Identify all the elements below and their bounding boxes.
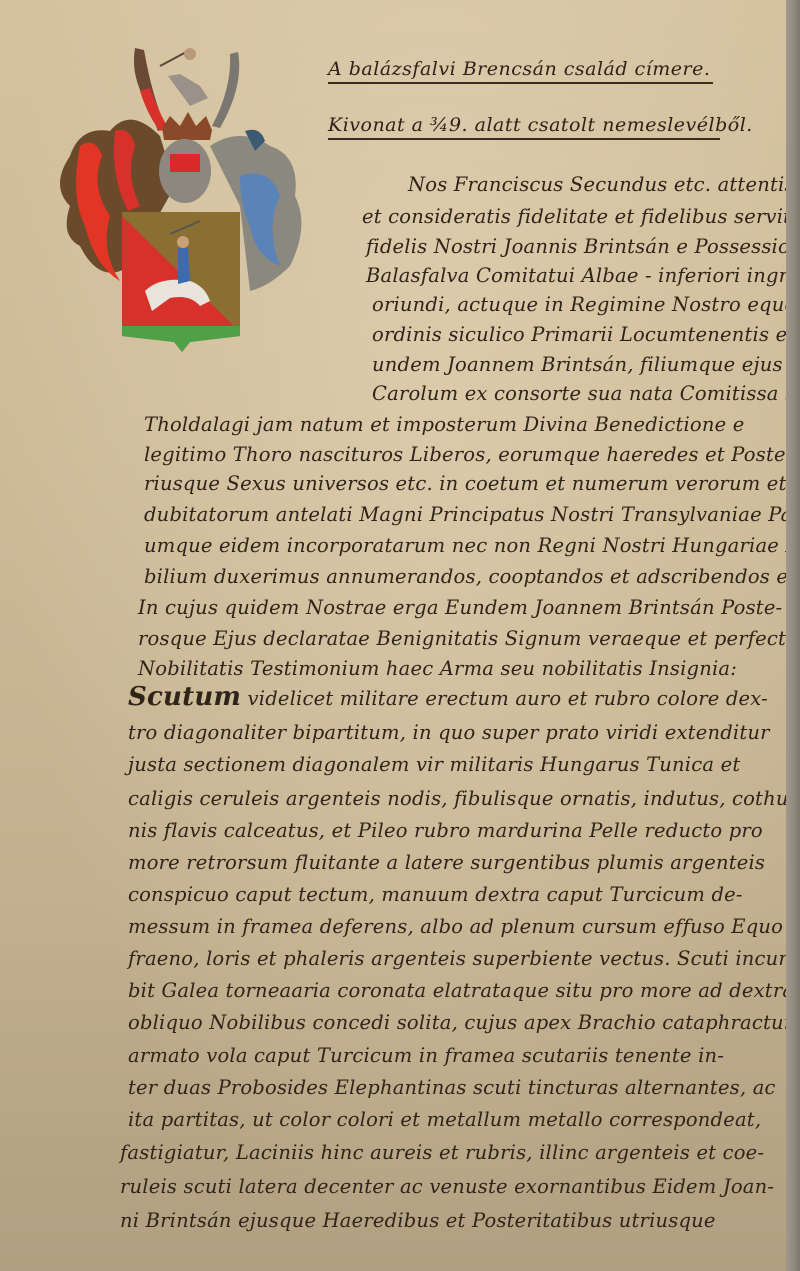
text-line: fraeno, loris et phaleris argenteis supe… [128,946,800,972]
text-line: caligis ceruleis argenteis nodis, fibuli… [128,786,800,812]
text-line: ruleis scuti latera decenter ac venuste … [120,1174,774,1200]
text-line: rosque Ejus declaratae Benignitatis Sign… [138,626,800,652]
document-subheading: Kivonat a ¾9. alatt csatolt nemeslevélbő… [328,114,720,140]
text-line: legitimo Thoro nascituros Liberos, eorum… [144,442,800,468]
text-line: bit Galea torneaaria coronata elatrataqu… [128,978,800,1004]
text-line: riusque Sexus universos etc. in coetum e… [144,471,800,497]
text-line: messum in framea deferens, albo ad plenu… [128,914,783,940]
text-line: undem Joannem Brintsán, filiumque ejus [372,352,783,378]
text-line: Balasfalva Comitatui Albae - inferiori i… [366,263,800,289]
text-line: umque eidem incorporatarum nec non Regni… [144,533,800,559]
text-line: oriundi, actuque in Regimine Nostro eque… [372,292,800,318]
text-line: Carolum ex consorte sua nata Comitissa S… [372,381,800,407]
text-line: more retrorsum fluitante a latere surgen… [128,850,765,876]
text-line: ita partitas, ut color colori et metallu… [128,1107,761,1133]
book-binding-edge [786,0,800,1271]
text-line: ni Brintsán ejusque Haeredibus et Poster… [120,1208,716,1234]
text-line: dubitatorum antelati Magni Principatus N… [144,502,800,528]
text-line-remainder: videlicet militare erectum auro et rubro… [248,687,768,710]
text-line: bilium duxerimus annumerandos, cooptando… [144,564,800,590]
manuscript-page: A balázsfalvi Brencsán család címere. Ki… [0,0,786,1271]
text-line: justa sectionem diagonalem vir militaris… [128,752,740,778]
text-line: ter duas Probosides Elephantinas scuti t… [128,1075,776,1101]
text-line: et consideratis fidelitate et fidelibus … [362,204,800,230]
text-line: Nos Franciscus Secundus etc. attentis [408,172,795,198]
text-line: obliquo Nobilibus concedi solita, cujus … [128,1010,800,1036]
text-line: fastigiatur, Laciniis hinc aureis et rub… [120,1140,764,1166]
text-line: fidelis Nostri Joannis Brintsán e Posses… [366,234,800,260]
text-line: tro diagonaliter bipartitum, in quo supe… [128,720,770,746]
coat-of-arms-illustration [40,36,320,356]
text-line: Tholdalagi jam natum et imposterum Divin… [144,412,745,438]
text-line: nis flavis calceatus, et Pileo rubro mar… [128,818,763,844]
text-line: conspicuo caput tectum, manuum dextra ca… [128,882,743,908]
document-heading: A balázsfalvi Brencsán család címere. [328,58,713,84]
text-line: ordinis siculico Primarii Locumtenentis … [372,322,800,348]
text-line: Nobilitatis Testimonium haec Arma seu no… [138,656,737,682]
text-line: In cujus quidem Nostrae erga Eundem Joan… [138,595,782,621]
text-line: Scutum videlicet militare erectum auro e… [128,684,768,712]
scutum-word: Scutum [128,682,241,712]
text-line: armato vola caput Turcicum in framea scu… [128,1043,724,1069]
